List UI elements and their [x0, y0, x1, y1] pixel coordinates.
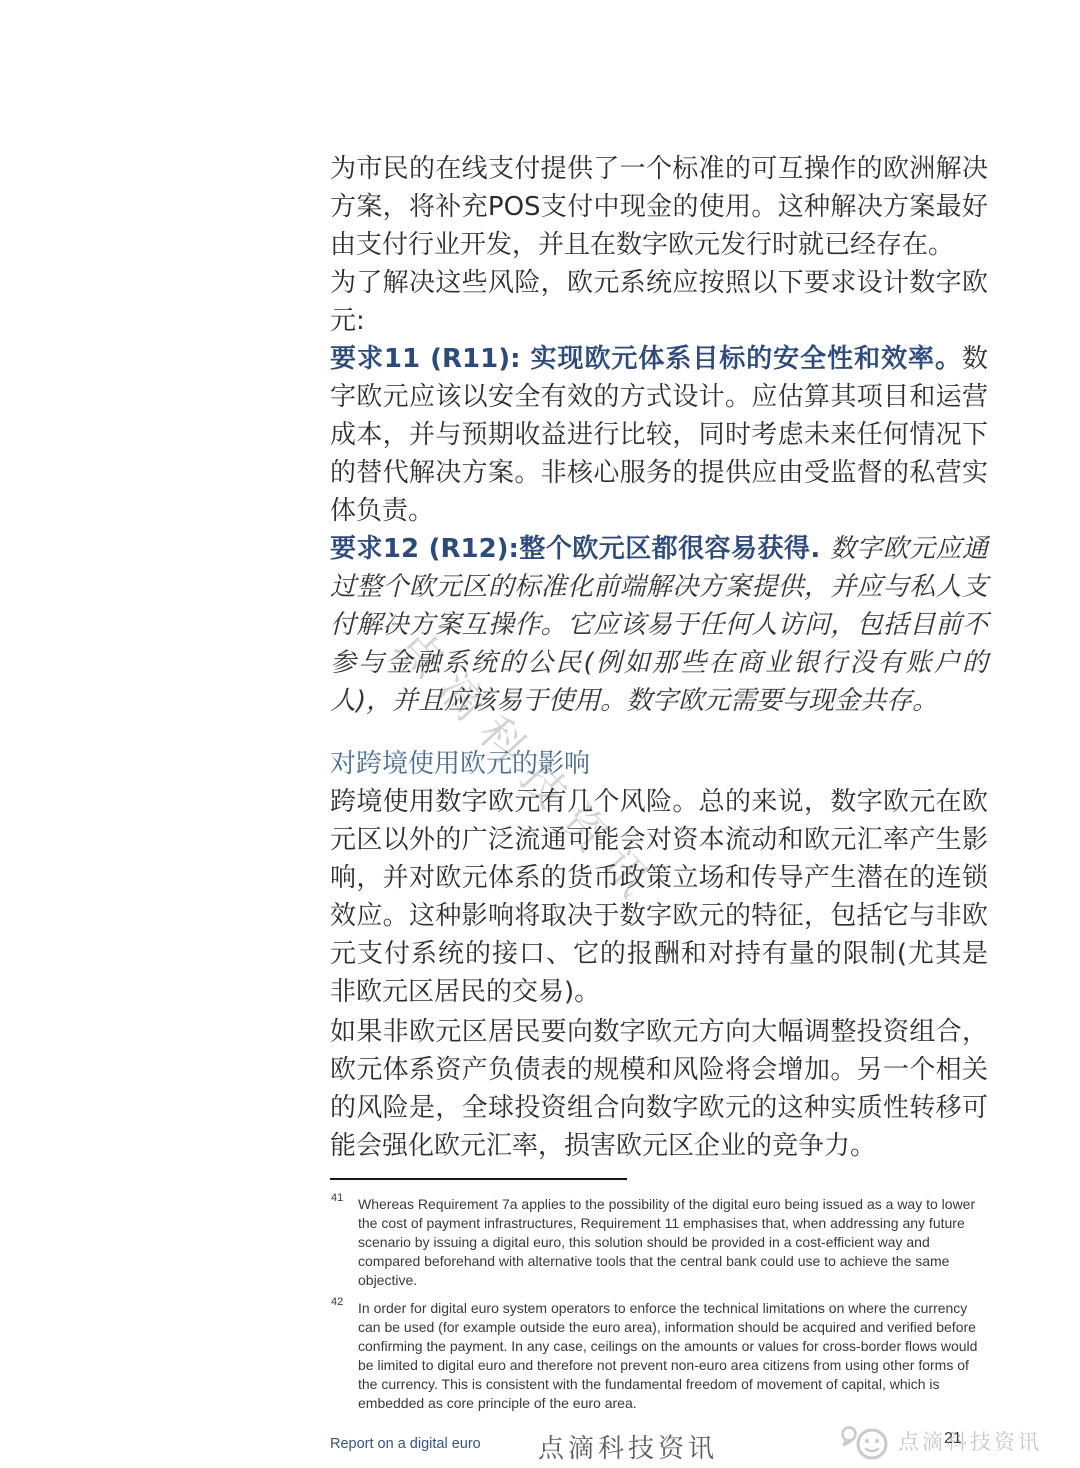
requirement-12-label: 要求12 (R12):整个欧元区都很容易获得. — [330, 534, 830, 564]
cross-border-paragraph-2: 如果非欧元区居民要向数字欧元方向大幅调整投资组合，欧元体系资产负债表的规模和风险… — [330, 1013, 988, 1165]
footnote-42-text: In order for digital euro system operato… — [358, 1299, 980, 1413]
requirement-12-paragraph: 要求12 (R12):整个欧元区都很容易获得. 数字欧元应通过整个欧元区的标准化… — [330, 530, 988, 720]
footnote-41-text: Whereas Requirement 7a applies to the po… — [358, 1195, 980, 1290]
report-title-footer: Report on a digital euro — [330, 1436, 481, 1452]
document-page: 点滴科技资讯 为市民的在线支付提供了一个标准的可互操作的欧洲解决方案，将补充PO… — [0, 0, 1080, 1468]
footnote-42-number: 42 — [331, 1296, 343, 1308]
cross-border-paragraph-1: 跨境使用数字欧元有几个风险。总的来说，数字欧元在欧元区以外的广泛流通可能会对资本… — [330, 783, 988, 1011]
footnote-41: 41 Whereas Requirement 7a applies to the… — [330, 1195, 980, 1290]
section-heading-cross-border: 对跨境使用欧元的影响 — [330, 745, 988, 783]
intro-paragraph: 为市民的在线支付提供了一个标准的可互操作的欧洲解决方案，将补充POS支付中现金的… — [330, 150, 988, 264]
lead-paragraph: 为了解决这些风险，欧元系统应按照以下要求设计数字欧元: — [330, 264, 988, 340]
footnote-separator-rule — [330, 1178, 627, 1180]
brand-watermark-group: 点滴科技资讯 21 — [840, 1418, 1070, 1466]
requirement-11-label: 要求11 (R11): 实现欧元体系目标的安全性和效率。 — [330, 344, 962, 374]
footnotes-section: 41 Whereas Requirement 7a applies to the… — [330, 1178, 980, 1422]
footnote-41-number: 41 — [331, 1192, 343, 1204]
footnote-42: 42 In order for digital euro system oper… — [330, 1299, 980, 1413]
requirement-11-paragraph: 要求11 (R11): 实现欧元体系目标的安全性和效率。数字欧元应该以安全有效的… — [330, 340, 988, 530]
brand-watermark-text: 点滴科技资讯 — [898, 1426, 1042, 1456]
page-number: 21 — [944, 1430, 962, 1448]
publisher-watermark-footer: 点滴科技资讯 — [538, 1428, 718, 1465]
droplet-face-logo-icon — [840, 1422, 892, 1462]
page-content: 为市民的在线支付提供了一个标准的可互操作的欧洲解决方案，将补充POS支付中现金的… — [330, 150, 988, 1165]
